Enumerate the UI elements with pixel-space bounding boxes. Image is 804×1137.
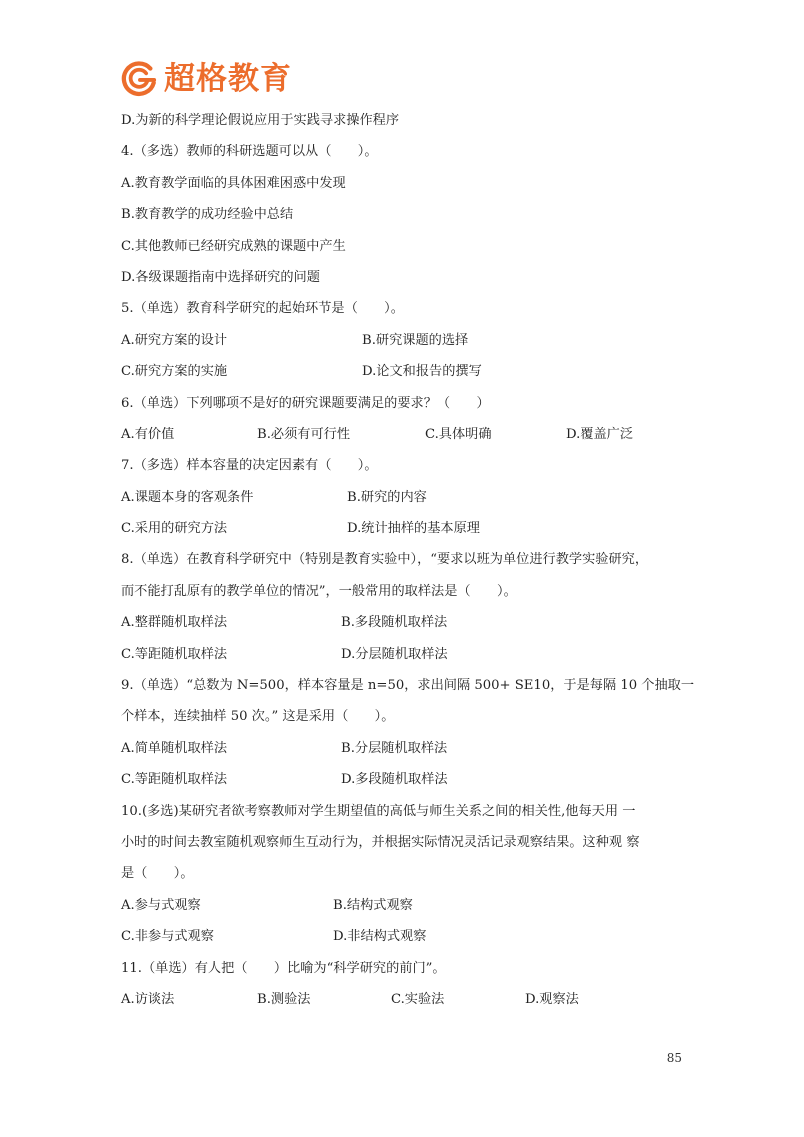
exam-questions: D.为新的科学理论假说应用于实践寻求操作程序 4.（多选）教师的科研选题可以从（… [121,105,691,1015]
q8-option-a: A.整群随机取样法 [121,607,341,638]
q4-option-b: B.教育教学的成功经验中总结 [121,199,691,230]
q11-options-row: A.访谈法 B.测验法 C.实验法 D.观察法 [121,984,691,1015]
q5-options-row2: C.研究方案的实施 D.论文和报告的撰写 [121,356,691,387]
q11-option-a: A.访谈法 [121,984,257,1015]
q6-option-c: C.具体明确 [425,419,566,450]
q7-option-d: D.统计抽样的基本原理 [347,513,480,544]
q8-options-row2: C.等距随机取样法 D.分层随机取样法 [121,639,691,670]
q10-options-row2: C.非参与式观察 D.非结构式观察 [121,921,691,952]
q5-option-b: B.研究课题的选择 [362,325,468,356]
q3-option-d: D.为新的科学理论假说应用于实践寻求操作程序 [121,105,691,136]
q10-option-c: C.非参与式观察 [121,921,333,952]
q4-option-a: A.教育教学面临的具体困难困惑中发现 [121,168,691,199]
q9-option-b: B.分层随机取样法 [341,733,447,764]
q4-option-c: C.其他教师已经研究成熟的课题中产生 [121,231,691,262]
q7-options-row1: A.课题本身的客观条件 B.研究的内容 [121,482,691,513]
q6-options-row: A.有价值 B.必须有可行性 C.具体明确 D.覆盖广泛 [121,419,691,450]
q5-stem: 5.（单选）教育科学研究的起始环节是（ ）。 [121,293,691,324]
q8-stem-line2: 而不能打乱原有的教学单位的情况”，一般常用的取样法是（ ）。 [121,576,691,607]
q8-stem-line1: 8.（单选）在教育科学研究中（特别是教育实验中），“要求以班为单位进行教学实验研… [121,544,691,575]
q9-option-a: A.简单随机取样法 [121,733,341,764]
q11-option-b: B.测验法 [257,984,391,1015]
q11-option-d: D.观察法 [525,984,579,1015]
q11-option-c: C.实验法 [391,984,525,1015]
q8-options-row1: A.整群随机取样法 B.多段随机取样法 [121,607,691,638]
q7-option-b: B.研究的内容 [347,482,427,513]
q4-stem: 4.（多选）教师的科研选题可以从（ ）。 [121,136,691,167]
q5-option-c: C.研究方案的实施 [121,356,362,387]
q6-stem: 6.（单选）下列哪项不是好的研究课题要满足的要求？（ ） [121,388,691,419]
q10-stem-line1: 10.(多选)某研究者欲考察教师对学生期望值的高低与师生关系之间的相关性,他每天… [121,796,691,827]
q10-stem-line3: 是（ ）。 [121,858,691,889]
q9-stem-line1: 9.（单选）“总数为 N=500，样本容量是 n=50，求出间隔 500+ SE… [121,670,691,701]
q10-option-b: B.结构式观察 [333,890,413,921]
q5-option-a: A.研究方案的设计 [121,325,362,356]
q9-stem-line2: 个样本，连续抽样 50 次。” 这是采用（ ）。 [121,701,691,732]
q7-option-c: C.采用的研究方法 [121,513,347,544]
brand-logo: 超格教育 [120,58,292,100]
page-number: 85 [660,1051,682,1065]
brand-name: 超格教育 [164,58,292,100]
q9-option-d: D.多段随机取样法 [341,764,448,795]
q10-option-a: A.参与式观察 [121,890,333,921]
q10-options-row1: A.参与式观察 B.结构式观察 [121,890,691,921]
q7-options-row2: C.采用的研究方法 D.统计抽样的基本原理 [121,513,691,544]
q5-option-d: D.论文和报告的撰写 [362,356,482,387]
q6-option-d: D.覆盖广泛 [566,419,633,450]
q7-stem: 7.（多选）样本容量的决定因素有（ ）。 [121,450,691,481]
q9-options-row1: A.简单随机取样法 B.分层随机取样法 [121,733,691,764]
q9-options-row2: C.等距随机取样法 D.多段随机取样法 [121,764,691,795]
q10-stem-line2: 小时的时间去教室随机观察师生互动行为，并根据实际情况灵活记录观察结果。这种观 察 [121,827,691,858]
q10-option-d: D.非结构式观察 [333,921,426,952]
q8-option-c: C.等距随机取样法 [121,639,341,670]
q8-option-b: B.多段随机取样法 [341,607,447,638]
q8-option-d: D.分层随机取样法 [341,639,448,670]
q9-option-c: C.等距随机取样法 [121,764,341,795]
q5-options-row1: A.研究方案的设计 B.研究课题的选择 [121,325,691,356]
q7-option-a: A.课题本身的客观条件 [121,482,347,513]
q6-option-b: B.必须有可行性 [257,419,425,450]
q4-option-d: D.各级课题指南中选择研究的问题 [121,262,691,293]
g-logo-icon [120,60,158,98]
q11-stem: 11.（单选）有人把（ ）比喻为“科学研究的前门”。 [121,953,691,984]
q6-option-a: A.有价值 [121,419,257,450]
